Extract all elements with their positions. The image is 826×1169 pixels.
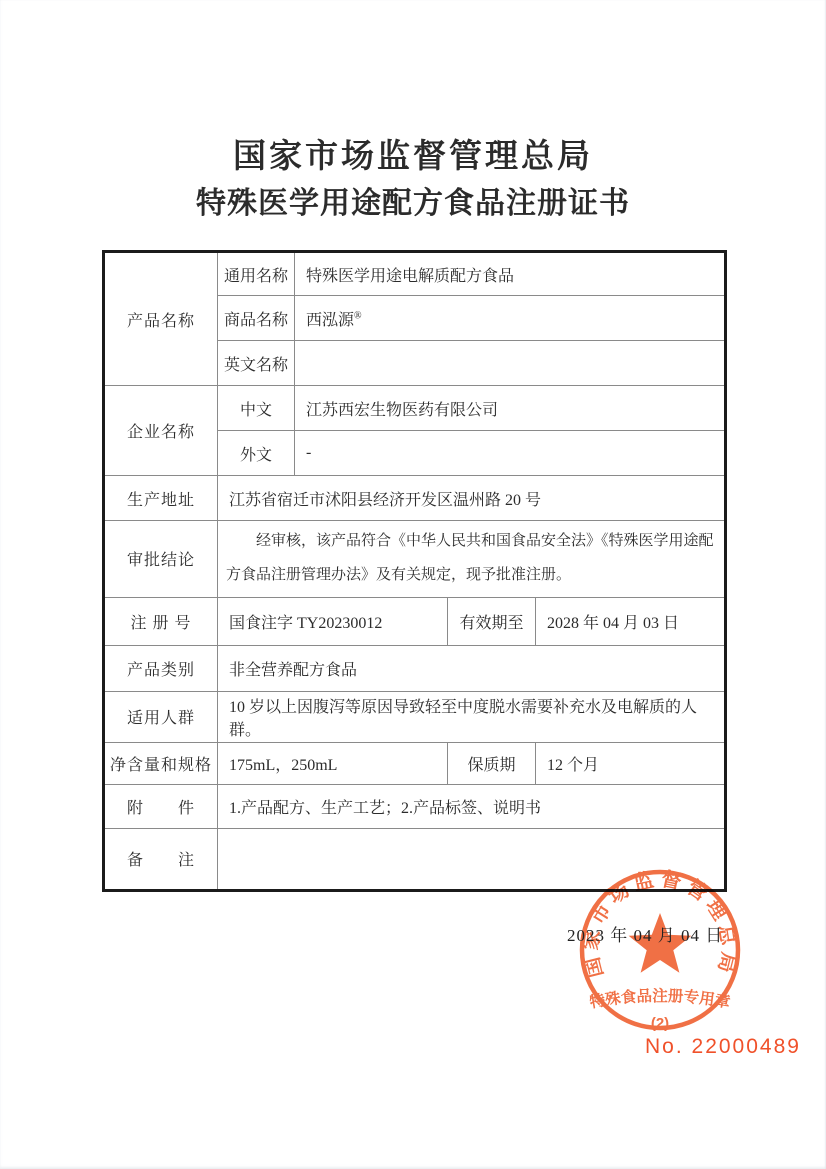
validity-value: 2028 年 04 月 03 日 [536, 597, 726, 645]
validity-label: 有效期至 [448, 597, 536, 645]
trade-name-text: 西泓源 [306, 312, 354, 329]
shelf-life-value: 12 个月 [536, 742, 726, 784]
row-category: 产品类别 非全营养配方食品 [104, 645, 726, 691]
address-label: 生产地址 [104, 476, 218, 521]
category-value: 非全营养配方食品 [218, 645, 726, 691]
row-net-content: 净含量和规格 175mL，250mL 保质期 12 个月 [104, 742, 726, 784]
serial-number: No. 22000489 [645, 1035, 801, 1059]
certificate-table: 产品名称 通用名称 特殊医学用途电解质配方食品 商品名称 西泓源® 英文名称 企… [102, 250, 727, 892]
company-foreign-value: - [295, 431, 726, 476]
category-label: 产品类别 [104, 645, 218, 691]
population-label: 适用人群 [104, 691, 218, 742]
row-attachment: 附 件 1.产品配方、生产工艺；2.产品标签、说明书 [104, 784, 726, 828]
row-population: 适用人群 10 岁以上因腹泻等原因导致轻至中度脱水需要补充水及电解质的人群。 [104, 691, 726, 742]
trade-name-label: 商品名称 [218, 296, 295, 341]
english-name-value [295, 341, 726, 386]
row-company-cn: 企业名称 中文 江苏西宏生物医药有限公司 [104, 386, 726, 431]
seal-band-text-holder: 特殊食品注册专用章 [588, 986, 732, 1012]
company-cn-value: 江苏西宏生物医药有限公司 [295, 386, 726, 431]
certificate-page: 国家市场监督管理总局 特殊医学用途配方食品注册证书 产品名称 通用名称 特殊医学… [0, 0, 826, 1169]
row-registration: 注 册 号 国食注字 TY20230012 有效期至 2028 年 04 月 0… [104, 597, 726, 645]
title-certificate-name: 特殊医学用途配方食品注册证书 [0, 182, 826, 226]
product-name-label: 产品名称 [104, 252, 218, 386]
registered-trademark-symbol: ® [354, 310, 362, 321]
registration-label: 注 册 号 [104, 597, 218, 645]
english-name-label: 英文名称 [218, 341, 295, 386]
population-value: 10 岁以上因腹泻等原因导致轻至中度脱水需要补充水及电解质的人群。 [218, 691, 726, 742]
generic-name-value: 特殊医学用途电解质配方食品 [295, 252, 726, 296]
approval-value: 经审核，该产品符合《中华人民共和国食品安全法》《特殊医学用途配方食品注册管理办法… [218, 521, 724, 597]
remarks-label: 备 注 [104, 828, 218, 890]
issue-date: 2023 年 04 月 04 日 [567, 921, 723, 946]
attachment-label: 附 件 [104, 784, 218, 828]
row-approval: 审批结论 经审核，该产品符合《中华人民共和国食品安全法》《特殊医学用途配方食品注… [104, 521, 726, 598]
generic-name-label: 通用名称 [218, 252, 295, 296]
approval-label: 审批结论 [104, 521, 218, 598]
registration-value: 国食注字 TY20230012 [218, 597, 448, 645]
address-value: 江苏省宿迁市沭阳县经济开发区温州路 20 号 [218, 476, 726, 521]
document-title: 国家市场监督管理总局 特殊医学用途配方食品注册证书 [0, 136, 826, 226]
row-address: 生产地址 江苏省宿迁市沭阳县经济开发区温州路 20 号 [104, 476, 726, 521]
trade-name-value: 西泓源® [295, 296, 726, 341]
seal-band-text: 特殊食品注册专用章 [588, 986, 732, 1012]
company-name-label: 企业名称 [104, 386, 218, 476]
shelf-life-label: 保质期 [448, 742, 536, 784]
net-content-label: 净含量和规格 [104, 742, 218, 784]
company-cn-label: 中文 [218, 386, 295, 431]
approval-value-cell: 经审核，该产品符合《中华人民共和国食品安全法》《特殊医学用途配方食品注册管理办法… [218, 521, 726, 598]
attachment-value: 1.产品配方、生产工艺；2.产品标签、说明书 [218, 784, 726, 828]
title-authority: 国家市场监督管理总局 [0, 136, 826, 178]
company-foreign-label: 外文 [218, 431, 295, 476]
seal-sub-text: (2) [651, 1015, 669, 1032]
official-seal: 国家市场监督管理总局 特殊食品注册专用章 (2) [548, 842, 772, 1066]
net-content-value: 175mL，250mL [218, 742, 448, 784]
row-generic-name: 产品名称 通用名称 特殊医学用途电解质配方食品 [104, 252, 726, 296]
